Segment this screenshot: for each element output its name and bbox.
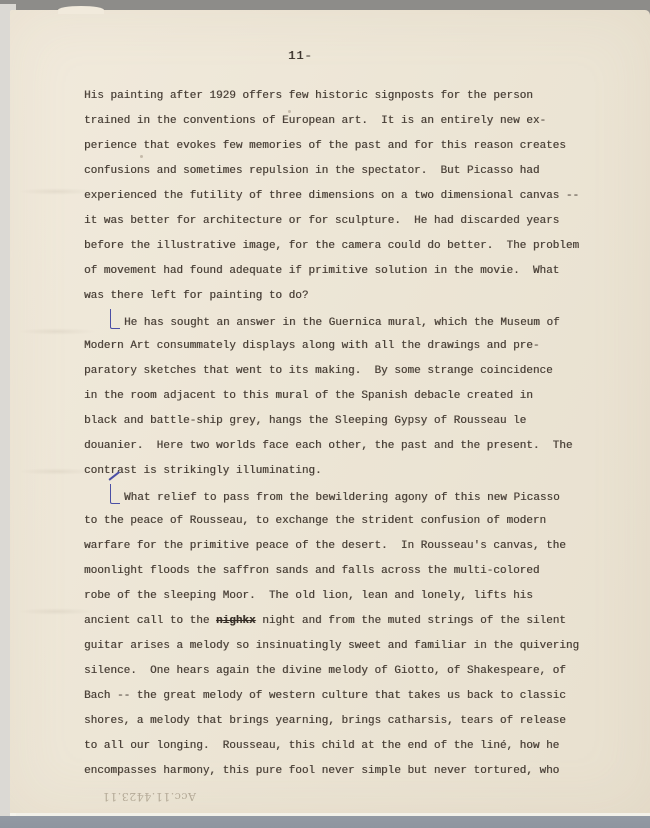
struck-out-word: nighkx [216, 615, 256, 627]
typed-text-segment: black and battle-ship grey, hangs the Sl… [84, 415, 526, 427]
typed-text-segment: paratory sketches that went to its makin… [84, 365, 553, 377]
typed-line: perience that evokes few memories of the… [84, 134, 624, 159]
paper-edge-notch [58, 6, 104, 14]
page-number: 11- [288, 49, 313, 63]
typed-text-segment: He has sought an answer in the Guernica … [124, 317, 560, 329]
typed-line: Bach -- the great melody of western cult… [84, 684, 624, 709]
typed-text-segment: What relief to pass from the bewildering… [124, 492, 560, 504]
typed-text-segment: contrast is strikingly illuminating. [84, 465, 322, 477]
typed-text-segment: encompasses harmony, this pure fool neve… [84, 765, 559, 777]
typed-line: Modern Art consummately displays along w… [84, 334, 624, 359]
typed-line: before the illustrative image, for the c… [84, 234, 624, 259]
typed-text-segment: robe of the sleeping Moor. The old lion,… [84, 590, 533, 602]
typed-line: guitar arises a melody so insinuatingly … [84, 634, 624, 659]
document-scan: 11- His painting after 1929 offers few h… [0, 0, 650, 828]
typed-line: silence. One hears again the divine melo… [84, 659, 624, 684]
typed-line: to all our longing. Rousseau, this child… [84, 734, 624, 759]
typed-text-segment: Bach -- the great melody of western cult… [84, 690, 566, 702]
typed-line: shores, a melody that brings yearning, b… [84, 709, 624, 734]
typed-text-segment: confusions and sometimes repulsion in th… [84, 165, 539, 177]
typed-line: encompasses harmony, this pure fool neve… [84, 759, 624, 784]
typed-text: His painting after 1929 offers few histo… [84, 84, 624, 784]
typed-line: experienced the futility of three dimens… [84, 184, 624, 209]
typed-text-segment: night and from the muted strings of the … [256, 615, 566, 627]
typed-line: of movement had found adequate if primit… [84, 259, 624, 284]
editorial-bracket-mark [110, 484, 120, 504]
typed-line: in the room adjacent to this mural of th… [84, 384, 624, 409]
typed-text-segment: douanier. Here two worlds face each othe… [84, 440, 572, 452]
typed-line: contrast is strikingly illuminating. [84, 459, 624, 484]
typed-line: to the peace of Rousseau, to exchange th… [84, 509, 624, 534]
typed-line: warfare for the primitive peace of the d… [84, 534, 624, 559]
typed-text-segment: was there left for painting to do? [84, 290, 308, 302]
typed-text-segment: to the peace of Rousseau, to exchange th… [84, 515, 546, 527]
typed-line: robe of the sleeping Moor. The old lion,… [84, 584, 624, 609]
typed-text-segment: silence. One hears again the divine melo… [84, 665, 566, 677]
typed-text-segment: in the room adjacent to this mural of th… [84, 390, 533, 402]
typed-text-segment: perience that evokes few memories of the… [84, 140, 566, 152]
typed-line: confusions and sometimes repulsion in th… [84, 159, 624, 184]
editorial-bracket-mark [110, 309, 120, 329]
typed-line: What relief to pass from the bewildering… [84, 484, 624, 509]
archival-annotation: Acc.11.4423.11 [86, 790, 196, 803]
typed-line: paratory sketches that went to its makin… [84, 359, 624, 384]
typed-line: He has sought an answer in the Guernica … [84, 309, 624, 334]
typed-text-segment: guitar arises a melody so insinuatingly … [84, 640, 579, 652]
typed-line: douanier. Here two worlds face each othe… [84, 434, 624, 459]
typed-text-segment: before the illustrative image, for the c… [84, 240, 579, 252]
typed-text-segment: it was better for architecture or for sc… [84, 215, 559, 227]
typed-line: it was better for architecture or for sc… [84, 209, 624, 234]
typed-line: was there left for painting to do? [84, 284, 624, 309]
typed-text-segment: His painting after 1929 offers few histo… [84, 90, 533, 102]
typed-line: black and battle-ship grey, hangs the Sl… [84, 409, 624, 434]
typed-text-segment: ancient call to the [84, 615, 216, 627]
typed-line: moonlight floods the saffron sands and f… [84, 559, 624, 584]
typed-text-segment: to all our longing. Rousseau, this child… [84, 740, 559, 752]
typed-text-segment: Modern Art consummately displays along w… [84, 340, 539, 352]
typed-line: His painting after 1929 offers few histo… [84, 84, 624, 109]
typed-line: ancient call to the nighkx night and fro… [84, 609, 624, 634]
typed-text-segment: moonlight floods the saffron sands and f… [84, 565, 539, 577]
typed-text-segment: of movement had found adequate if primit… [84, 265, 559, 277]
typed-text-segment: warfare for the primitive peace of the d… [84, 540, 566, 552]
typed-text-segment: trained in the conventions of European a… [84, 115, 546, 127]
typed-text-segment: shores, a melody that brings yearning, b… [84, 715, 566, 727]
typed-line: trained in the conventions of European a… [84, 109, 624, 134]
typed-text-segment: experienced the futility of three dimens… [84, 190, 579, 202]
